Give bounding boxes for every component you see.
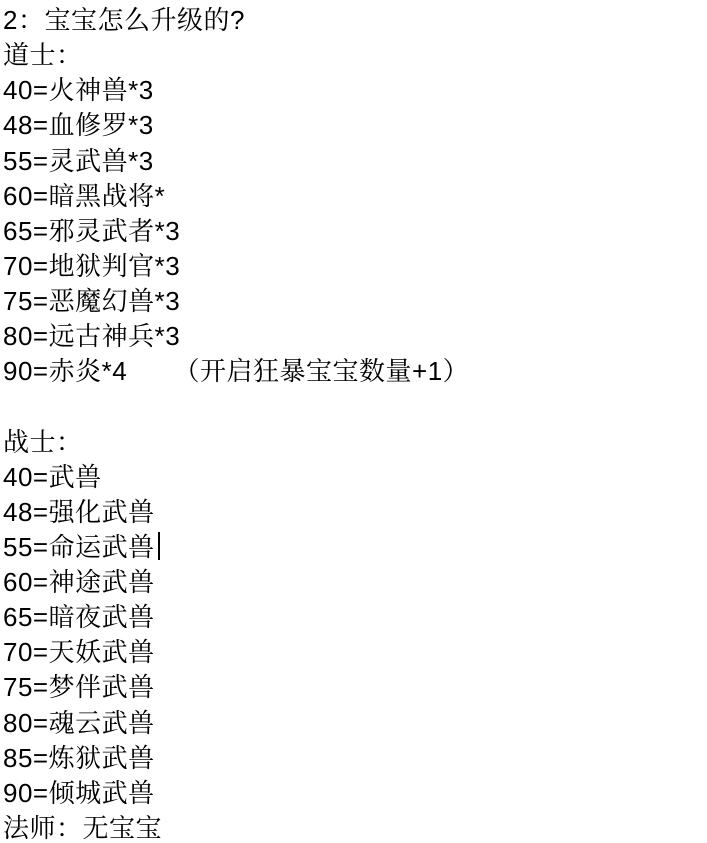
text-line-content: 80=魂云武兽 — [3, 708, 155, 738]
text-line[interactable]: 65=邪灵武者*3 — [3, 214, 707, 249]
text-line[interactable]: 90=倾城武兽 — [3, 776, 707, 811]
text-line-content: 60=神途武兽 — [3, 567, 155, 597]
text-line-content: 道士： — [3, 40, 83, 70]
text-line[interactable]: 40=武兽 — [3, 460, 707, 495]
text-line-content: 战士： — [3, 427, 83, 457]
text-line-content: 70=地狱判官*3 — [3, 251, 180, 281]
text-line[interactable]: 60=神途武兽 — [3, 565, 707, 600]
text-document[interactable]: 2：宝宝怎么升级的? 道士： 40=火神兽*3 48=血修罗*3 55=灵武兽*… — [0, 0, 707, 843]
text-line[interactable] — [3, 389, 707, 424]
text-line[interactable]: 48=强化武兽 — [3, 495, 707, 530]
text-line-content: 48=血修罗*3 — [3, 110, 154, 140]
text-line-content: 40=武兽 — [3, 462, 102, 492]
text-line[interactable]: 80=魂云武兽 — [3, 706, 707, 741]
text-line-content: 2：宝宝怎么升级的? — [3, 5, 245, 35]
text-line-content: 55=命运武兽 — [3, 532, 155, 562]
text-line[interactable]: 法师：无宝宝 — [3, 811, 707, 843]
text-line-content: 65=暗夜武兽 — [3, 602, 155, 632]
text-line[interactable]: 道士： — [3, 38, 707, 73]
text-line-content: 65=邪灵武者*3 — [3, 216, 180, 246]
text-line-content: 85=炼狱武兽 — [3, 743, 155, 773]
text-line[interactable]: 70=天妖武兽 — [3, 635, 707, 670]
text-line[interactable]: 75=梦伴武兽 — [3, 670, 707, 705]
text-line[interactable]: 90=赤炎*4 （开启狂暴宝宝数量+1） — [3, 354, 707, 389]
text-line-content: 75=恶魔幻兽*3 — [3, 286, 180, 316]
text-line[interactable]: 60=暗黑战将* — [3, 179, 707, 214]
text-line[interactable]: 80=远古神兵*3 — [3, 319, 707, 354]
text-line-content: 55=灵武兽*3 — [3, 146, 154, 176]
text-line-content: 60=暗黑战将* — [3, 181, 165, 211]
text-line-content: 法师：无宝宝 — [3, 813, 162, 843]
text-line[interactable]: 48=血修罗*3 — [3, 108, 707, 143]
text-line[interactable]: 战士： — [3, 425, 707, 460]
text-line[interactable]: 65=暗夜武兽 — [3, 600, 707, 635]
text-line-content: 90=倾城武兽 — [3, 778, 155, 808]
text-cursor — [158, 532, 160, 560]
text-line[interactable]: 70=地狱判官*3 — [3, 249, 707, 284]
text-line-content: 48=强化武兽 — [3, 497, 155, 527]
text-line[interactable]: 2：宝宝怎么升级的? — [3, 3, 707, 38]
text-line-content: 80=远古神兵*3 — [3, 321, 180, 351]
text-line[interactable]: 40=火神兽*3 — [3, 73, 707, 108]
text-line-content: 75=梦伴武兽 — [3, 672, 155, 702]
text-line-content: 90=赤炎*4 （开启狂暴宝宝数量+1） — [3, 356, 469, 386]
text-line[interactable]: 55=命运武兽 — [3, 530, 707, 565]
text-line[interactable]: 85=炼狱武兽 — [3, 741, 707, 776]
text-line-content: 40=火神兽*3 — [3, 75, 154, 105]
text-line[interactable]: 55=灵武兽*3 — [3, 144, 707, 179]
text-line-content: 70=天妖武兽 — [3, 637, 155, 667]
text-line[interactable]: 75=恶魔幻兽*3 — [3, 284, 707, 319]
